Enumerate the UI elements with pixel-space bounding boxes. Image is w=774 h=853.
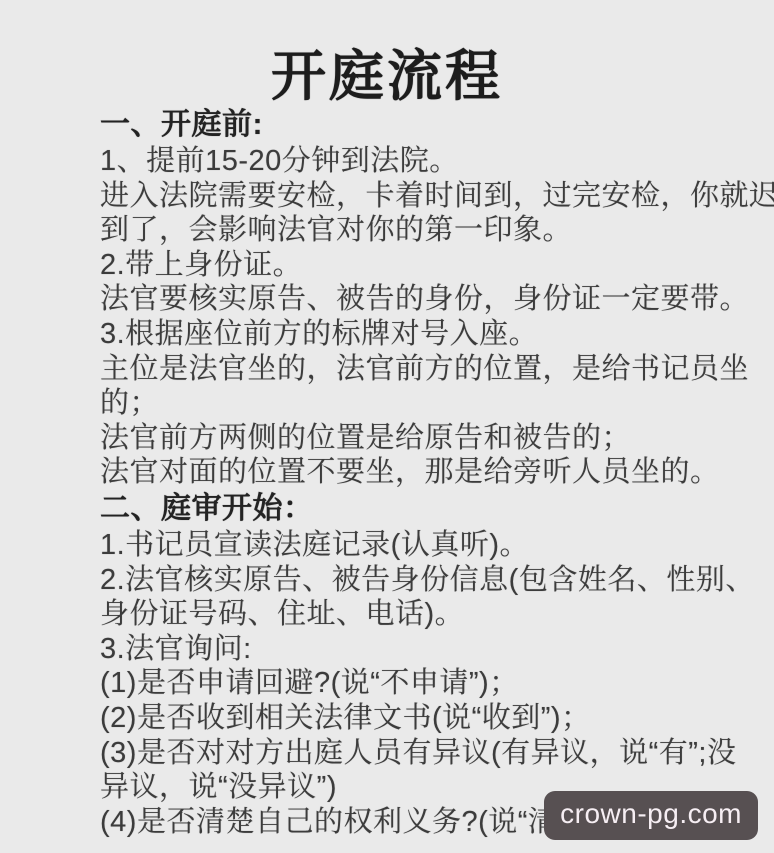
text-line: 法官要核实原告、被告的身份，身份证一定要带。: [100, 282, 710, 317]
text-line: 到了，会影响法官对你的第一印象。: [100, 213, 710, 248]
text-line: 2.带上身份证。: [100, 248, 710, 283]
document-content: 一、开庭前: 1、提前15-20分钟到法院。 进入法院需要安检，卡着时间到，过完…: [100, 106, 710, 839]
text-line: (1)是否申请回避?(说“不申请”)；: [100, 666, 710, 701]
watermark-text: crown-pg.com: [560, 798, 742, 829]
text-line: 法官前方两侧的位置是给原告和被告的；: [100, 421, 710, 456]
text-line: (3)是否对对方出庭人员有异议(有异议，说“有”;没: [100, 736, 710, 771]
watermark-badge: crown-pg.com: [544, 791, 758, 840]
text-line: 的；: [100, 386, 710, 421]
section-heading-before-hearing: 一、开庭前:: [100, 106, 710, 144]
text-line: 身份证号码、住址、电话)。: [100, 597, 710, 632]
text-line: 1、提前15-20分钟到法院。: [100, 144, 710, 179]
page-title: 开庭流程: [0, 32, 774, 111]
text-line: 3.法官询问:: [100, 632, 710, 667]
text-line: 3.根据座位前方的标牌对号入座。: [100, 317, 710, 352]
text-line: 进入法院需要安检，卡着时间到，过完安检，你就迟: [100, 179, 710, 214]
text-line: 法官对面的位置不要坐，那是给旁听人员坐的。: [100, 455, 710, 490]
text-line: 1.书记员宣读法庭记录(认真听)。: [100, 528, 710, 563]
text-line: 2.法官核实原告、被告身份信息(包含姓名、性别、: [100, 563, 710, 598]
text-line: (2)是否收到相关法律文书(说“收到”)；: [100, 701, 710, 736]
text-line: 主位是法官坐的，法官前方的位置，是给书记员坐: [100, 352, 710, 387]
section-heading-hearing-start: 二、庭审开始：: [100, 490, 710, 528]
